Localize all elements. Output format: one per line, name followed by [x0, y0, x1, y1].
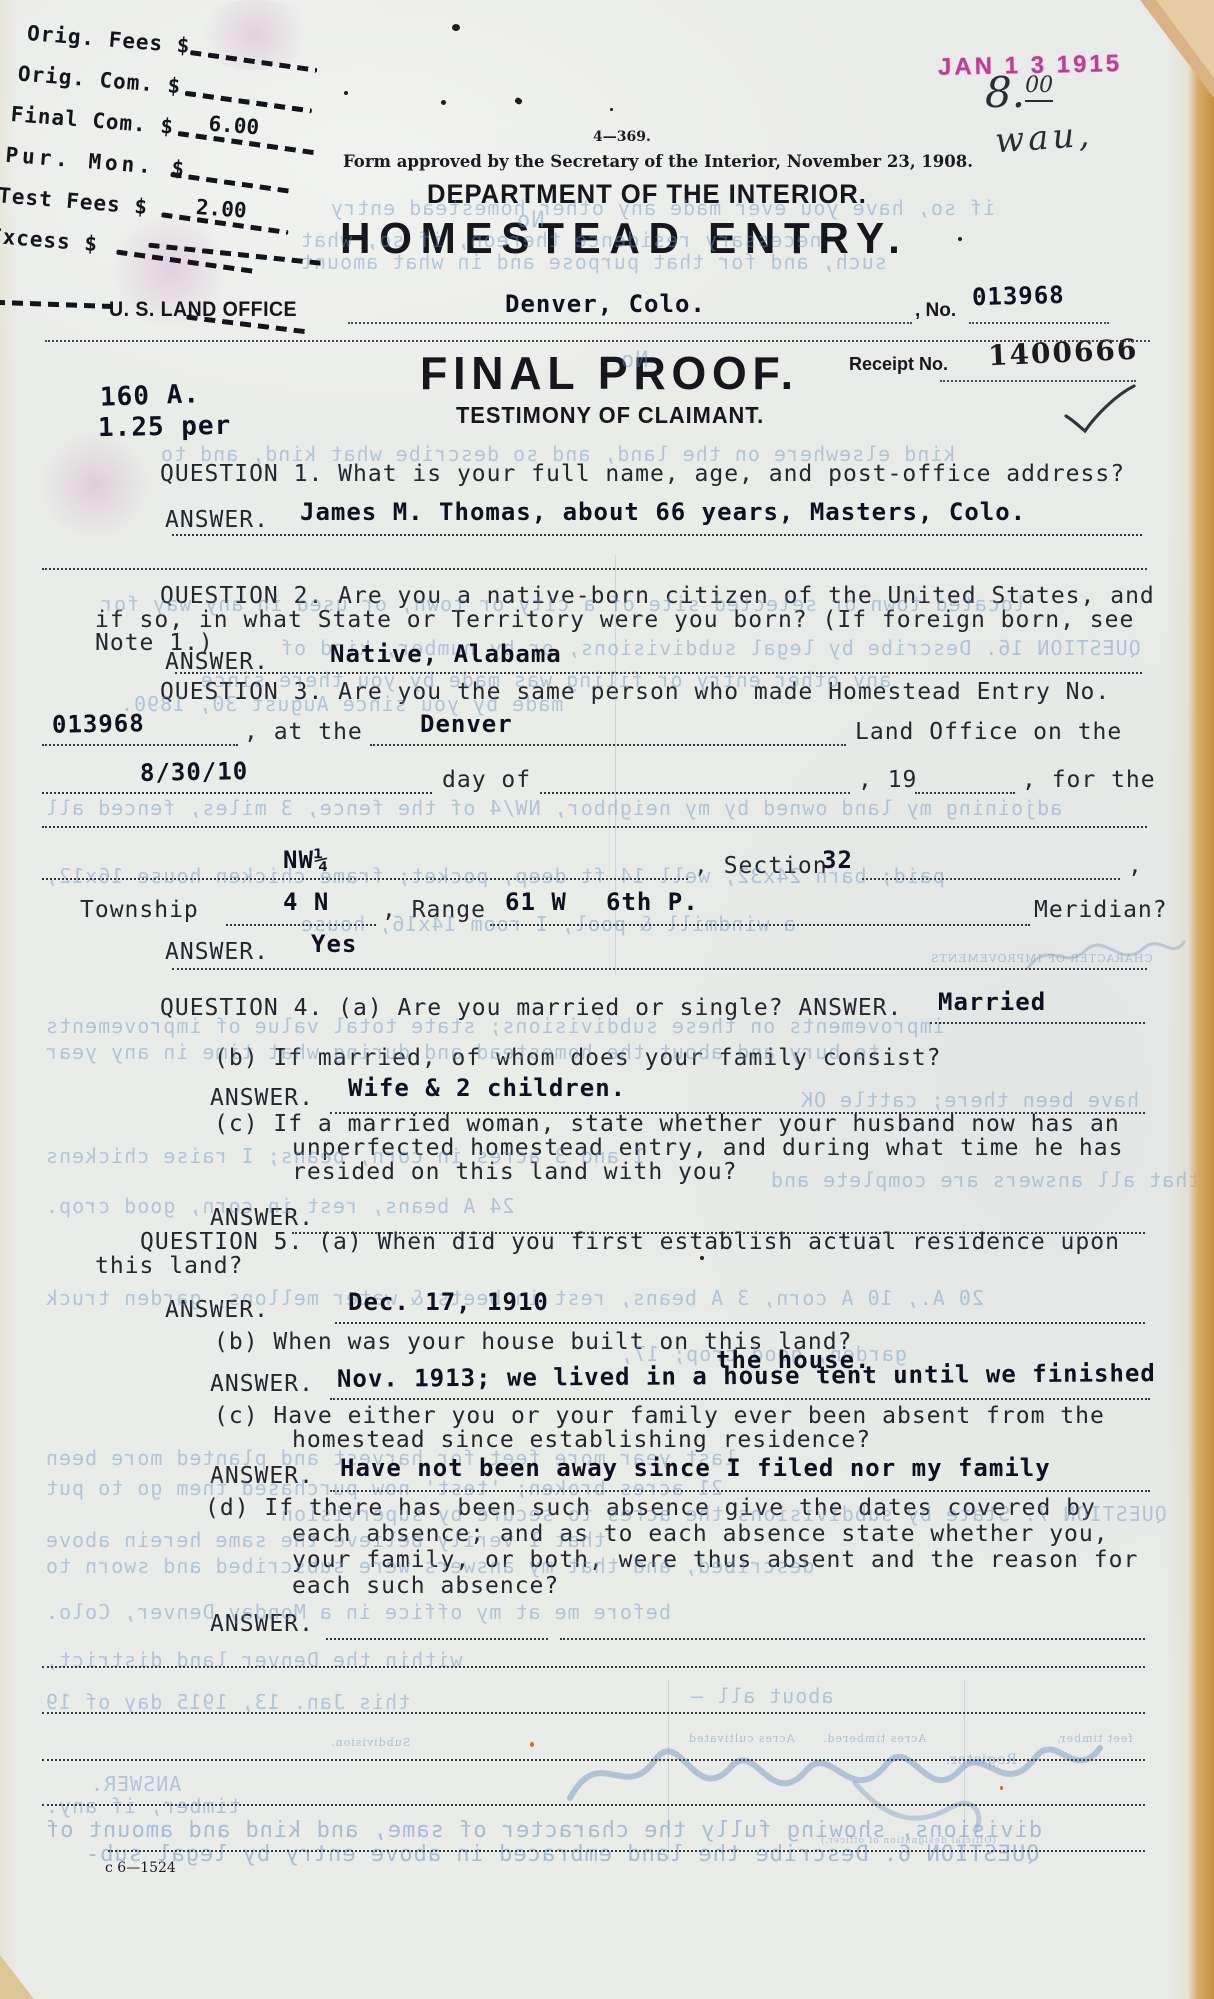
answer-line — [335, 1322, 1145, 1324]
fee-label: Orig. Fees — [26, 21, 164, 56]
form-number: 4—369. — [593, 129, 651, 145]
bleed-text: before me at my office in a Monday Denve… — [45, 1600, 671, 1624]
answer-value: Dec. 17, 1910 — [348, 1290, 549, 1315]
answer-value: Nov. 1913; we lived in a house tent unti… — [337, 1361, 1156, 1392]
ink-speck — [452, 24, 460, 31]
bleed-text: No — [516, 208, 545, 233]
fee-dash-line — [190, 50, 317, 73]
entry-no-value: 013968 — [972, 283, 1065, 311]
bleed-text: QUESTION 6. Describe the land embraced i… — [85, 1842, 1039, 1867]
bleed-initials-squiggle — [1020, 920, 1190, 990]
dollar-sign: $ — [167, 73, 182, 98]
fee-block: Orig. Fees $ Orig. Com. $ Final Com. $ 6… — [0, 22, 353, 294]
answer-value: Yes — [311, 932, 357, 957]
answer-value: Native, Alabama — [330, 642, 562, 667]
ink-speck — [610, 108, 613, 111]
bleed-text: I and 3 acres in corn, beans; I raise ch… — [45, 1144, 645, 1168]
bleed-text: necessary residence thereon, if so, what — [300, 228, 822, 252]
entry-no-label: , No. — [915, 300, 956, 322]
blank-line — [42, 1759, 1145, 1761]
bleed-text: to bury and about the homestead and duri… — [45, 1040, 880, 1064]
entry-no-fill-line — [969, 322, 1109, 324]
answer-line — [292, 1232, 1145, 1234]
answer-line — [330, 1112, 1145, 1114]
bleed-text: adjoining my land owned by my neighbor, … — [45, 796, 1062, 820]
answer-line — [330, 1490, 1150, 1492]
entry-no-typed: 013968 — [52, 711, 145, 738]
answer-line — [326, 1638, 548, 1640]
fill-line — [490, 924, 1030, 926]
acreage-note: 160 A. — [100, 381, 201, 412]
separator-line — [42, 568, 1147, 570]
receipt-no-value: 1400666 — [987, 333, 1139, 373]
bleed-text: paid; barn 24x32, well 14 ft deep, pocke… — [45, 864, 945, 888]
answer-value: Married — [938, 990, 1046, 1015]
ink-speck — [441, 100, 446, 105]
blank-line — [108, 1850, 1145, 1852]
blank-line — [42, 1666, 1145, 1668]
blank-line — [42, 1804, 1145, 1806]
bleed-text: such, and for that purpose and in what a… — [300, 250, 887, 274]
corner-fold-inner — [1156, 0, 1214, 78]
answer-line — [172, 968, 1147, 970]
bleed-text: ANSWER. — [90, 1772, 181, 1796]
form-words: , — [1128, 854, 1143, 879]
bleed-text: located town or selected site of a city … — [100, 592, 1026, 616]
bleed-text: described, and that my answers were subs… — [45, 1554, 814, 1578]
land-office-fill-line — [348, 322, 912, 324]
answer-label: ANSWER. — [210, 1086, 314, 1111]
testimony-heading: TESTIMONY OF CLAIMANT. — [456, 402, 764, 429]
fill-line — [862, 878, 1120, 880]
fill-line — [226, 924, 376, 926]
answer-value: Have not been away since I filed nor my … — [340, 1456, 1051, 1481]
form-words: , for the — [1022, 768, 1156, 793]
township-typed: 4 N — [283, 890, 329, 915]
dollar-sign: $ — [159, 114, 174, 139]
ink-speck — [958, 237, 962, 241]
form-words: day of — [442, 768, 531, 793]
bleed-text: that I verily believe the same herein ab… — [45, 1528, 606, 1552]
fill-line — [370, 744, 846, 746]
answer-line — [930, 1022, 1145, 1024]
fee-dash-line — [185, 91, 312, 114]
bleed-text: Subdivision. — [330, 1736, 410, 1749]
bleed-text: QUESTION 7. State by subdivisions the ac… — [280, 1502, 1167, 1526]
answer-line — [560, 1638, 1145, 1640]
bleed-text: if so, have you ever made any other home… — [330, 196, 995, 220]
land-office-typed: Denver — [420, 712, 513, 737]
blank-line — [42, 826, 1147, 828]
rate-note: 1.25 per — [98, 413, 232, 443]
dollar-sign: $ — [83, 231, 98, 256]
fill-line — [540, 792, 850, 794]
handwritten-note: wau, — [994, 115, 1095, 162]
answer-value: James M. Thomas, about 66 years, Masters… — [300, 500, 1026, 525]
range-typed: 61 W — [505, 890, 567, 915]
rule-line — [45, 340, 1150, 342]
answer-label: ANSWER. — [165, 508, 269, 533]
answer-label: ANSWER. — [210, 1372, 314, 1397]
fill-line — [915, 792, 1015, 794]
answer-value: Wife & 2 children. — [348, 1076, 626, 1101]
bleed-text: timber, if any. — [45, 1794, 241, 1818]
tract-typed: NW¼ — [283, 848, 329, 873]
bleed-text: this Jan. 13, 1915 day of 19 — [45, 1690, 410, 1714]
paper-speck — [1000, 1786, 1003, 1790]
ink-speck — [700, 1256, 704, 1260]
form-words: Land Office on the — [855, 720, 1122, 745]
amount-whole: 8. — [985, 68, 1025, 117]
handwritten-checkmark-icon — [1058, 382, 1142, 438]
fill-line — [42, 878, 688, 880]
dollar-sign: $ — [176, 33, 191, 58]
scanned-document-page: Orig. Fees $ Orig. Com. $ Final Com. $ 6… — [0, 0, 1214, 1999]
entry-date-typed: 8/30/10 — [140, 759, 249, 786]
dollar-sign: $ — [133, 194, 148, 219]
blank-line — [42, 1712, 1145, 1714]
corner-bottom-left — [0, 1955, 34, 1999]
land-office-value: Denver, Colo. — [505, 292, 706, 317]
form-words: , 19 — [858, 768, 917, 793]
paper-speck — [530, 1742, 534, 1747]
final-proof-title: FINAL PROOF. — [420, 346, 799, 400]
question-line: (c) Have either you or your family ever … — [214, 1404, 1105, 1429]
ink-speck — [514, 97, 523, 106]
stray-dash-line — [0, 300, 118, 309]
handwritten-amount: 8.00 — [985, 68, 1053, 117]
paper-right-edge — [1188, 0, 1214, 1999]
ink-speck — [344, 91, 348, 95]
question-line: this land? — [95, 1254, 243, 1279]
answer-line — [175, 672, 1142, 674]
answer-line — [172, 534, 1142, 536]
answer-label: ANSWER. — [165, 940, 269, 965]
bleed-signature-squiggle — [555, 1688, 1115, 1838]
fee-dash-line — [170, 172, 295, 194]
bleed-text: 24 A beans, rest in corn, good crop. — [45, 1194, 514, 1218]
section-typed: 32 — [822, 848, 853, 873]
amount-cents: 00 — [1025, 73, 1053, 102]
fill-line — [42, 792, 432, 794]
bleed-text: that all answers are complete and — [770, 1168, 1200, 1192]
fee-amount: 6.00 — [208, 114, 260, 139]
receipt-no-label: Receipt No. — [849, 354, 948, 375]
answer-line — [330, 1398, 1150, 1400]
form-words: , at the — [244, 720, 363, 745]
bleed-text: improvements on these subdivisions; stat… — [45, 1014, 945, 1038]
form-words: Township — [80, 898, 199, 923]
fill-line — [42, 744, 238, 746]
question-line: (c) If a married woman, state whether yo… — [214, 1112, 1120, 1137]
bleed-text: within the Denver land district, — [45, 1648, 462, 1672]
bleed-text: kind elsewhere on the land, and so descr… — [160, 442, 956, 466]
bleed-text: have been there; cattle OK — [800, 1088, 1139, 1112]
approval-line: Form approved by the Secretary of the In… — [343, 152, 973, 171]
meridian-typed: 6th P. — [606, 890, 699, 915]
bleed-text: No — [620, 348, 649, 373]
ink-smudge — [40, 430, 150, 540]
